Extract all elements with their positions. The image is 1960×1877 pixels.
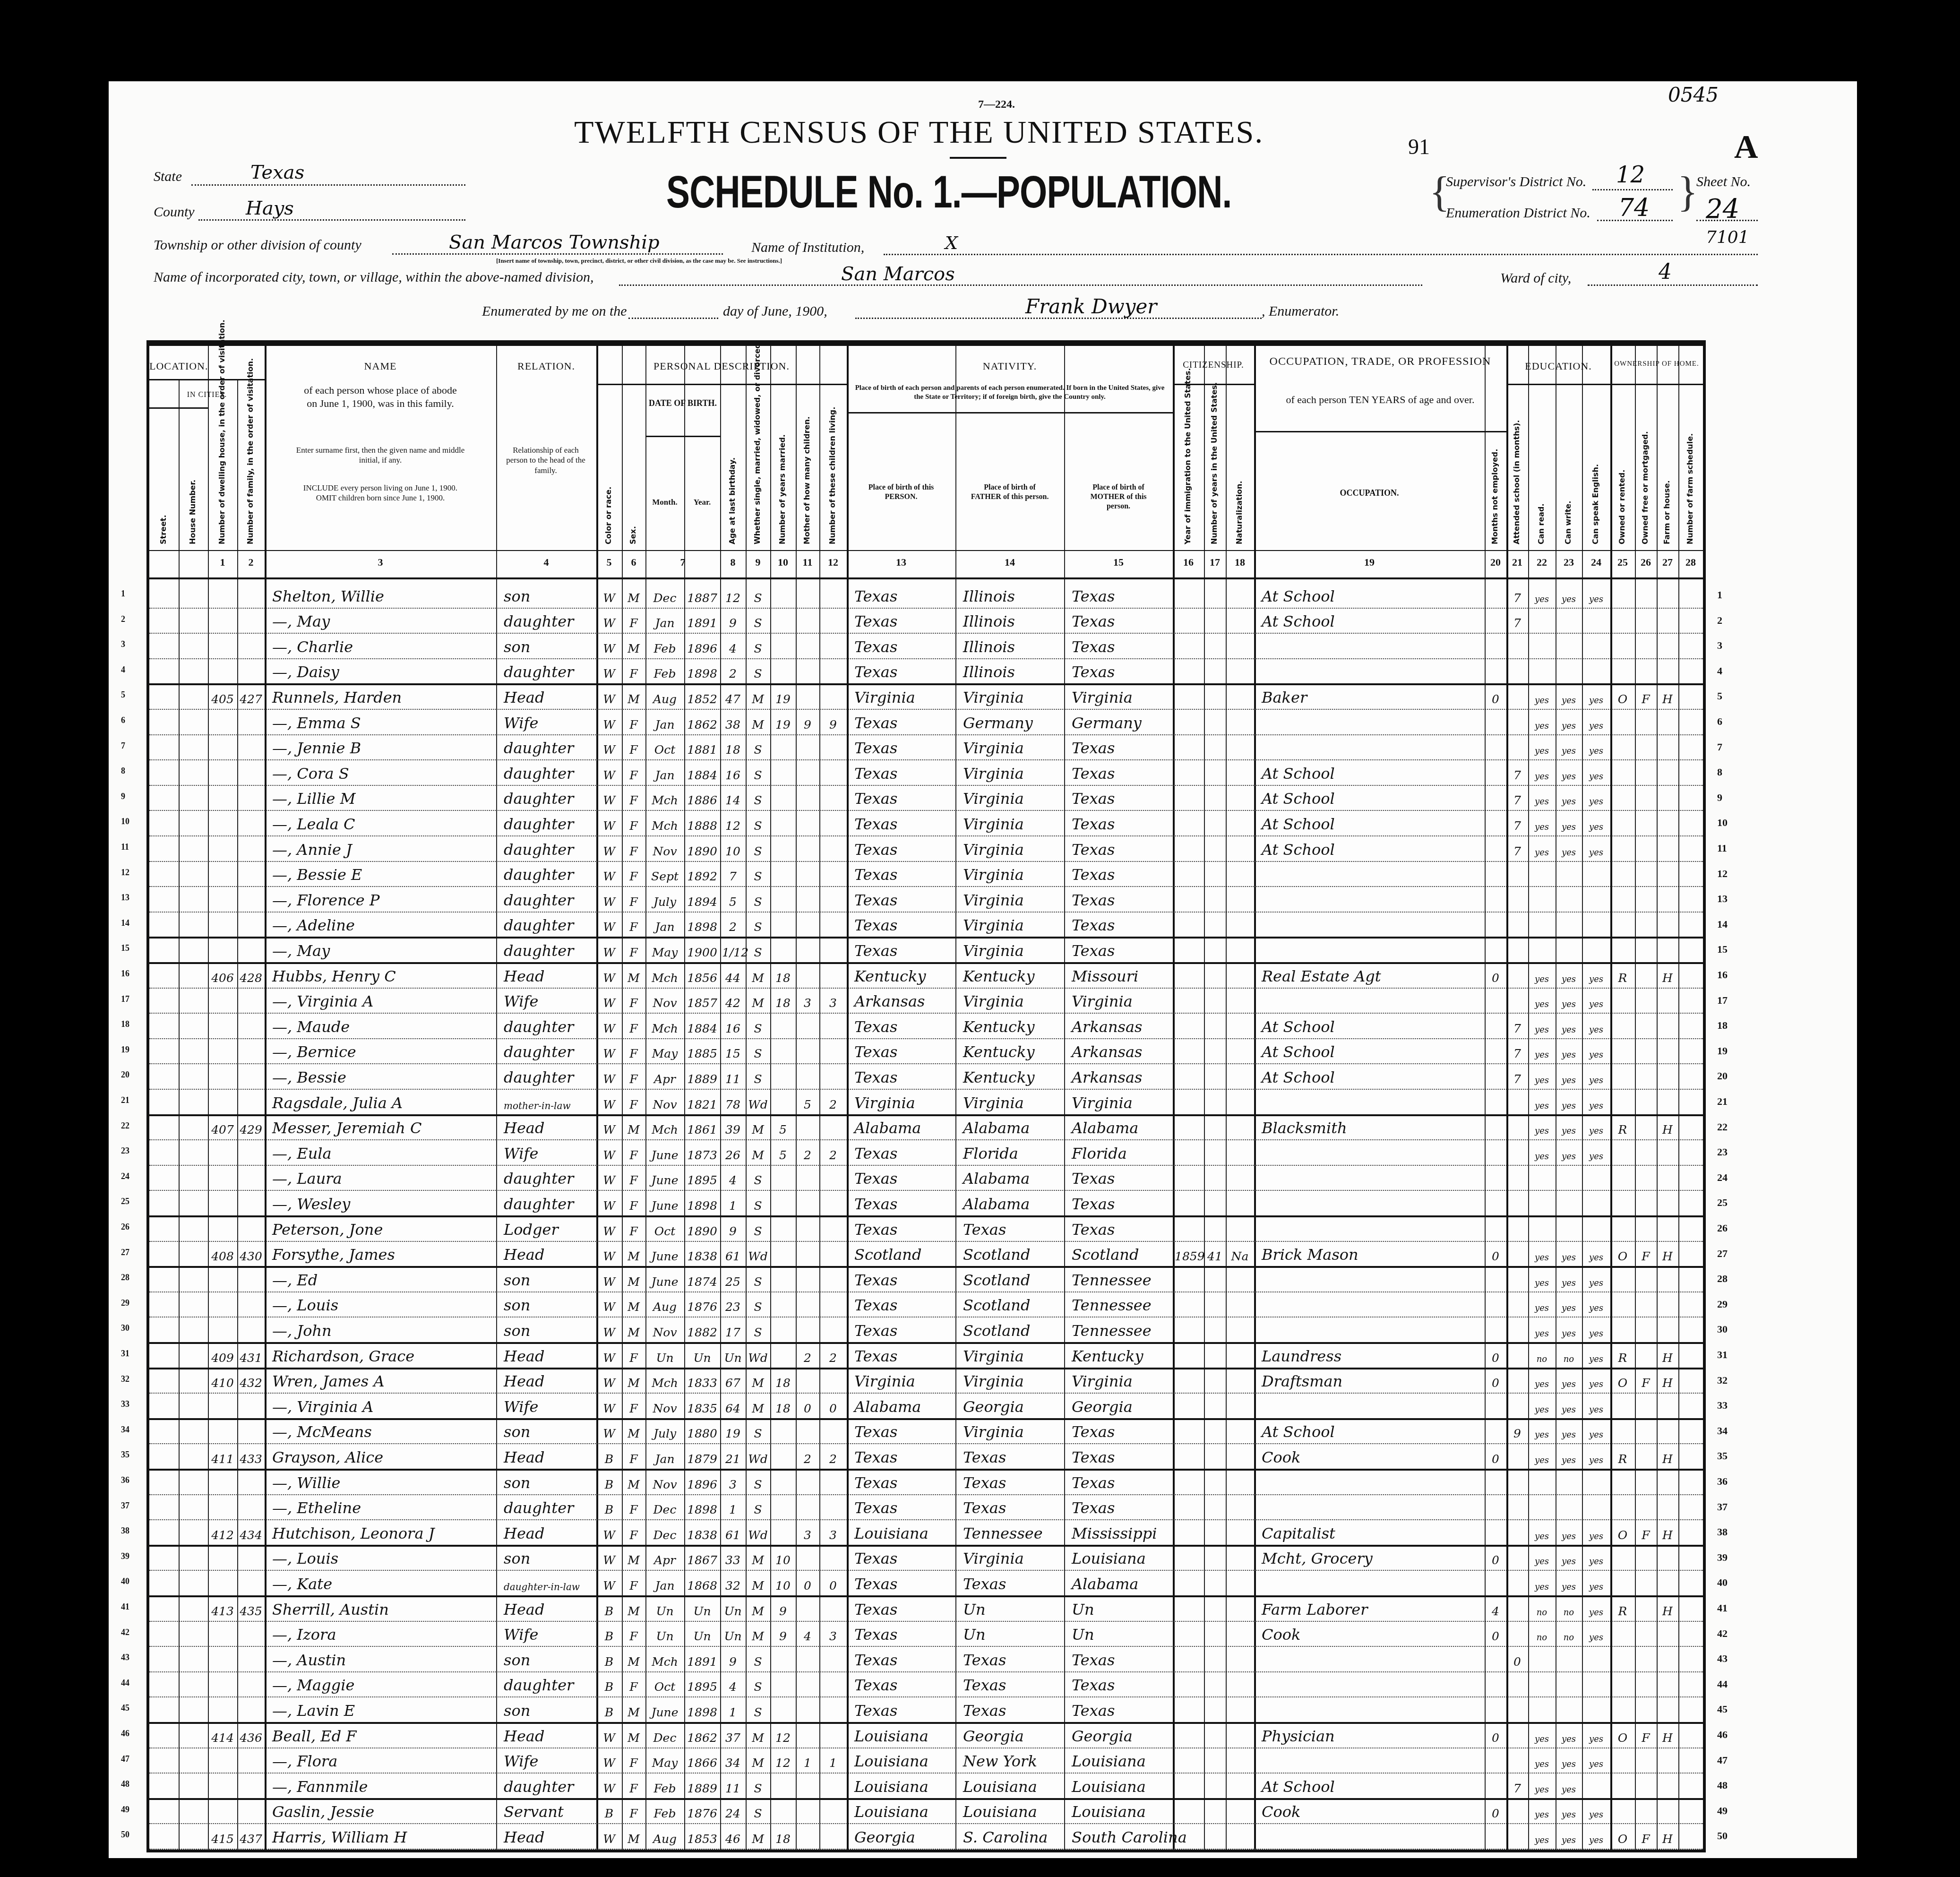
cell-sex: F — [624, 1757, 644, 1769]
cell-occ: Draftsman — [1262, 1374, 1342, 1389]
cell-wr: yes — [1557, 1076, 1580, 1085]
cell-month: Nov — [647, 1326, 682, 1338]
cell-sch: 7 — [1508, 845, 1526, 857]
cell-year: 1888 — [686, 820, 718, 832]
column-number: 19 — [1254, 556, 1485, 568]
row-number-left: 2 — [121, 614, 125, 624]
cell-bf: Texas — [963, 1450, 1006, 1465]
cell-year: 1898 — [686, 1706, 718, 1718]
cell-year: 1891 — [686, 617, 718, 629]
cell-color: B — [598, 1605, 620, 1617]
cell-rel: daughter — [504, 867, 574, 882]
column-number: 15 — [1064, 556, 1173, 568]
cell-moc: 3 — [798, 997, 817, 1009]
cell-year: 1892 — [686, 870, 718, 882]
rule — [1254, 431, 1506, 432]
cell-name: —, Maude — [272, 1019, 350, 1034]
cell-en: yes — [1584, 1051, 1608, 1059]
cell-wr: yes — [1557, 975, 1580, 984]
cell-bf: Virginia — [963, 1424, 1024, 1439]
cell-mar: M — [748, 1605, 768, 1617]
cell-en: yes — [1584, 1558, 1608, 1566]
cell-color: B — [598, 1656, 620, 1668]
cell-sex: F — [624, 1808, 644, 1819]
cell-bm: Louisiana — [1072, 1551, 1146, 1566]
header-nat: Naturalization. — [1235, 393, 1244, 544]
cell-name: —, Charlie — [272, 639, 353, 654]
cell-sex: F — [624, 1200, 644, 1212]
cell-rel: daughter — [504, 1044, 574, 1059]
table-row[interactable]: —, MaydaughterWFJan18919STexasIllinoisTe… — [149, 608, 1703, 633]
table-row[interactable]: —, AustinsonBMMch18919STexasTexasTexas0 — [149, 1646, 1703, 1671]
cell-name: —, Virginia A — [272, 1399, 373, 1414]
cell-rel: Servant — [504, 1804, 564, 1819]
cell-color: W — [598, 1377, 620, 1389]
cell-age: 23 — [722, 1301, 744, 1313]
cell-year: 1887 — [686, 592, 718, 604]
institution-field[interactable]: X — [945, 232, 958, 253]
table-row[interactable]: —, LouissonWMApr186733M10TexasVirginiaLo… — [149, 1545, 1703, 1570]
cell-name: —, Lillie M — [272, 791, 355, 806]
row-number: 43 — [1717, 1653, 1728, 1665]
cell-bf: Illinois — [963, 664, 1015, 680]
header-personal-description: PERSONAL DESCRIPTION. — [596, 360, 847, 372]
cell-bm: Virginia — [1072, 690, 1133, 705]
cell-cl: 2 — [821, 1149, 845, 1161]
cell-rel: Head — [504, 1729, 544, 1744]
cell-bf: Virginia — [963, 766, 1024, 781]
cell-wr: yes — [1557, 1406, 1580, 1414]
table-row[interactable]: —, WesleydaughterWFJune18981STexasAlabam… — [149, 1190, 1703, 1215]
cell-farm: H — [1659, 693, 1676, 705]
cell-occ: Farm Laborer — [1262, 1602, 1368, 1617]
table-row[interactable]: Gaslin, JessieServantBFFeb187624SLouisia… — [149, 1798, 1703, 1824]
cell-mar: S — [748, 1504, 768, 1515]
table-row[interactable]: —, Lillie MdaughterWFMch188614STexasVirg… — [149, 785, 1703, 810]
cell-moc: 5 — [798, 1099, 817, 1111]
cell-sex: F — [624, 997, 644, 1009]
cell-bf: Alabama — [963, 1197, 1030, 1212]
cell-bm: Texas — [1072, 740, 1115, 756]
cell-fam: 433 — [239, 1453, 263, 1465]
cell-year: 1889 — [686, 1782, 718, 1794]
cell-age: 1 — [722, 1504, 744, 1515]
cell-en: yes — [1584, 1609, 1608, 1617]
cell-mar: M — [748, 972, 768, 984]
cell-age: 11 — [722, 1782, 744, 1794]
row-number: 35 — [1717, 1450, 1728, 1462]
cell-moc: 2 — [798, 1453, 817, 1465]
row-number: 20 — [1717, 1070, 1728, 1082]
cell-color: W — [598, 592, 620, 604]
cell-occ: Real Estate Agt — [1262, 969, 1381, 984]
cell-year: 1838 — [686, 1250, 718, 1262]
cell-bm: Texas — [1072, 639, 1115, 654]
cell-wr: no — [1557, 1609, 1580, 1617]
cell-occ: At School — [1262, 1019, 1335, 1034]
cell-age: 4 — [722, 1681, 744, 1693]
row-number: 31 — [1717, 1349, 1728, 1361]
enumerator-signature[interactable]: Frank Dwyer — [1025, 295, 1157, 318]
cell-year: 1891 — [686, 1656, 718, 1668]
row-number-left: 31 — [121, 1349, 129, 1359]
cell-bf: New York — [963, 1754, 1037, 1769]
cell-name: —, Fannmile — [272, 1779, 368, 1794]
cell-bm: Texas — [1072, 1500, 1115, 1515]
table-row[interactable]: —, Cora SdaughterWFJan188416STexasVirgin… — [149, 759, 1703, 785]
cell-month: Un — [647, 1605, 682, 1617]
cell-bm: Texas — [1072, 893, 1115, 908]
table-row[interactable]: —, BernicedaughterWFMay188515STexasKentu… — [149, 1038, 1703, 1064]
cell-ym: 9 — [772, 1630, 794, 1642]
cell-en: yes — [1584, 798, 1608, 806]
cell-color: W — [598, 1124, 620, 1136]
birth-person-label: Place of birth of this PERSON. — [861, 483, 941, 502]
table-row[interactable]: —, Bessie EdaughterWFSept18927STexasVirg… — [149, 861, 1703, 887]
cell-occ: Baker — [1262, 690, 1307, 705]
table-row[interactable]: —, LouissonWMAug187623STexasScotlandTenn… — [149, 1292, 1703, 1317]
cell-sex: F — [624, 1023, 644, 1034]
cell-year: 1835 — [686, 1403, 718, 1414]
cell-fam: 437 — [239, 1833, 263, 1845]
cell-bp: Scotland — [854, 1247, 921, 1262]
cell-age: Un — [722, 1352, 744, 1364]
cell-occ: Cook — [1262, 1804, 1300, 1819]
cell-moc: 0 — [798, 1403, 817, 1414]
table-row[interactable]: —, Jennie BdaughterWFOct188118STexasVirg… — [149, 734, 1703, 760]
county-field[interactable]: Hays — [246, 198, 294, 219]
cell-rd: yes — [1530, 823, 1554, 832]
column-number: 7 — [645, 556, 720, 568]
table-row[interactable]: Peterson, JoneLodgerWFOct18909STexasTexa… — [149, 1215, 1703, 1241]
cell-mar: M — [748, 997, 768, 1009]
cell-mar: S — [748, 845, 768, 857]
cell-rel: daughter — [504, 1070, 574, 1085]
cell-rd: yes — [1530, 1533, 1554, 1541]
cell-sex: M — [624, 1605, 644, 1617]
table-row[interactable]: 412434Hutchison, Leonora JHeadWFDec18386… — [149, 1519, 1703, 1545]
cell-month: May — [647, 1048, 682, 1059]
cell-en: yes — [1584, 1811, 1608, 1819]
cell-rel: son — [504, 1298, 530, 1313]
cell-occ: At School — [1262, 614, 1335, 629]
row-number: 46 — [1717, 1729, 1728, 1741]
cell-bm: Texas — [1072, 664, 1115, 680]
cell-month: Nov — [647, 845, 682, 857]
cell-bm: Louisiana — [1072, 1804, 1146, 1819]
table-row[interactable]: —, CharliesonWMFeb18964STexasIllinoisTex… — [149, 633, 1703, 658]
table-row[interactable]: 408430Forsythe, JamesHeadWMJune183861WdS… — [149, 1241, 1703, 1266]
cell-name: Richardson, Grace — [272, 1349, 414, 1364]
table-row[interactable]: —, AdelinedaughterWFJan18982STexasVirgin… — [149, 912, 1703, 937]
table-row[interactable]: 406428Hubbs, Henry CHeadWMMch185644M18Ke… — [149, 962, 1703, 988]
cell-year: 1874 — [686, 1276, 718, 1288]
table-row[interactable]: —, Katedaughter-in-lawWFJan186832M1000Te… — [149, 1570, 1703, 1595]
table-row[interactable]: —, FloraWifeWFMay186634M1211LouisianaNew… — [149, 1748, 1703, 1773]
table-row[interactable]: 409431Richardson, GraceHeadWFUnUnUnWd22T… — [149, 1342, 1703, 1368]
cell-sex: M — [624, 1656, 644, 1668]
table-row[interactable]: —, DaisydaughterWFFeb18982STexasIllinois… — [149, 658, 1703, 684]
table-row[interactable]: —, Emma SWifeWFJan186238M1999TexasGerman… — [149, 709, 1703, 734]
table-row[interactable]: —, EdsonWMJune187425STexasScotlandTennes… — [149, 1266, 1703, 1292]
cell-bp: Texas — [854, 1475, 897, 1490]
cell-mar: S — [748, 1706, 768, 1718]
ward-label: Ward of city, — [1500, 270, 1571, 286]
cell-farm: H — [1659, 1377, 1676, 1389]
supervisor-district-field[interactable]: 12 — [1616, 162, 1645, 188]
cell-own: O — [1612, 1250, 1633, 1262]
cell-mar: M — [748, 1377, 768, 1389]
cell-rd: yes — [1530, 1380, 1554, 1389]
page-number: 91 — [1408, 134, 1430, 159]
cell-age: 25 — [722, 1276, 744, 1288]
cell-mar: S — [748, 643, 768, 654]
cell-fam: 435 — [239, 1605, 263, 1617]
cell-bf: Virginia — [963, 817, 1024, 832]
cell-year: Un — [686, 1352, 718, 1364]
cell-month: Feb — [647, 1808, 682, 1819]
table-row[interactable]: —, Lavin EsonBMJune18981STexasTexasTexas — [149, 1696, 1703, 1722]
cell-bm: Alabama — [1072, 1120, 1138, 1136]
cell-color: W — [598, 1757, 620, 1769]
table-row[interactable]: —, MaydaughterWFMay19001/12STexasVirgini… — [149, 937, 1703, 962]
cell-rel: son — [504, 1323, 530, 1338]
cell-wr: yes — [1557, 1000, 1580, 1009]
table-row[interactable]: —, FannmiledaughterWFFeb188911SLouisiana… — [149, 1773, 1703, 1798]
cell-bm: Kentucky — [1072, 1349, 1143, 1364]
row-number: 26 — [1717, 1222, 1728, 1234]
cell-age: Un — [722, 1630, 744, 1642]
header-rd: Can read. — [1537, 393, 1546, 544]
table-row[interactable]: —, MaggiedaughterBFOct18954STexasTexasTe… — [149, 1671, 1703, 1697]
township-field[interactable]: San Marcos Township — [449, 232, 660, 253]
table-row[interactable]: —, BessiedaughterWFApr188911STexasKentuc… — [149, 1063, 1703, 1089]
cell-bf: S. Carolina — [963, 1830, 1048, 1845]
state-field[interactable]: Texas — [250, 162, 304, 183]
cell-age: 1/12 — [722, 947, 744, 958]
cell-year: 1821 — [686, 1099, 718, 1111]
cell-bm: Louisiana — [1072, 1779, 1146, 1794]
cell-en: yes — [1584, 1026, 1608, 1034]
cell-age: 64 — [722, 1403, 744, 1414]
cell-sch: 7 — [1508, 820, 1526, 832]
cell-cl: 1 — [821, 1757, 845, 1769]
row-number-left: 30 — [121, 1323, 129, 1333]
column-number: 24 — [1582, 556, 1610, 568]
cell-age: 5 — [722, 896, 744, 908]
cell-own: O — [1612, 1377, 1633, 1389]
cell-mar: Wd — [748, 1352, 768, 1364]
table-row[interactable]: —, LauradaughterWFJune18954STexasAlabama… — [149, 1165, 1703, 1190]
cell-month: Dec — [647, 1732, 682, 1744]
cell-en: yes — [1584, 1153, 1608, 1161]
cell-rd: yes — [1530, 722, 1554, 731]
cell-rd: yes — [1530, 697, 1554, 705]
cell-wr: yes — [1557, 1102, 1580, 1111]
table-row[interactable]: Shelton, WilliesonWMDec188712STexasIllin… — [149, 582, 1703, 608]
cell-fam: 434 — [239, 1529, 263, 1541]
row-number-left: 20 — [121, 1070, 129, 1080]
cell-age: 3 — [722, 1479, 744, 1490]
cell-mar: S — [748, 947, 768, 958]
table-row[interactable]: 414436Beall, Ed FHeadWMDec186237M12Louis… — [149, 1722, 1703, 1748]
cell-sex: F — [624, 1681, 644, 1693]
cell-mar: M — [748, 1833, 768, 1845]
cell-name: —, Louis — [272, 1551, 338, 1566]
cell-rd: yes — [1530, 1786, 1554, 1794]
cell-en: yes — [1584, 1127, 1608, 1136]
cell-color: W — [598, 1326, 620, 1338]
ward-field[interactable]: 4 — [1659, 260, 1672, 284]
table-row[interactable]: —, McMeanssonWMJuly188019STexasVirginiaT… — [149, 1418, 1703, 1444]
row-number: 15 — [1717, 943, 1728, 956]
cell-rd: yes — [1530, 747, 1554, 756]
cell-bm: Texas — [1072, 791, 1115, 806]
cell-bf: Illinois — [963, 589, 1015, 604]
cell-rel: daughter-in-law — [504, 1582, 580, 1592]
enumerator-label: , Enumerator. — [1262, 303, 1339, 319]
cell-wr: yes — [1557, 773, 1580, 781]
cell-en: yes — [1584, 823, 1608, 832]
cell-bf: Virginia — [963, 893, 1024, 908]
enumeration-district-field[interactable]: 74 — [1618, 194, 1650, 222]
stamp-number: 0545 — [1668, 83, 1719, 107]
cell-wr: no — [1557, 1355, 1580, 1364]
table-row[interactable]: —, MaudedaughterWFMch188416STexasKentuck… — [149, 1013, 1703, 1038]
row-number-left: 41 — [121, 1602, 129, 1612]
cell-age: 21 — [722, 1453, 744, 1465]
cell-mar: S — [748, 820, 768, 832]
column-number: 6 — [622, 556, 645, 568]
table-row[interactable]: —, IzoraWifeBFUnUnUnM943TexasUnUnCook0no… — [149, 1621, 1703, 1646]
table-row[interactable]: —, Virginia AWifeWFNov183564M1800Alabama… — [149, 1393, 1703, 1418]
cell-bm: Texas — [1072, 1475, 1115, 1490]
city-field[interactable]: San Marcos — [841, 263, 955, 285]
table-row[interactable]: 405427Runnels, HardenHeadWMAug185247M19V… — [149, 683, 1703, 709]
cell-own: R — [1612, 1605, 1633, 1617]
cell-rd: yes — [1530, 1051, 1554, 1059]
cell-bm: Texas — [1072, 1653, 1115, 1668]
column-number: 11 — [796, 556, 819, 568]
cell-moc: 0 — [798, 1580, 817, 1592]
cell-bp: Louisiana — [854, 1754, 928, 1769]
cell-sex: F — [624, 1225, 644, 1237]
table-row[interactable]: —, Annie JdaughterWFNov189010STexasVirgi… — [149, 835, 1703, 861]
cell-bm: Florida — [1072, 1146, 1127, 1161]
table-row[interactable]: —, Leala CdaughterWFMch188812STexasVirgi… — [149, 810, 1703, 835]
cell-name: —, Leala C — [272, 817, 355, 832]
cell-bm: Texas — [1072, 867, 1115, 882]
cell-name: —, Flora — [272, 1754, 337, 1769]
table-row[interactable]: 413435Sherrill, AustinHeadBMUnUnUnM9Texa… — [149, 1595, 1703, 1621]
cell-name: —, Etheline — [272, 1500, 361, 1515]
table-row[interactable]: —, EthelinedaughterBFDec18981STexasTexas… — [149, 1494, 1703, 1520]
cell-bp: Texas — [854, 1653, 897, 1668]
cell-name: —, Louis — [272, 1298, 338, 1313]
cell-en: yes — [1584, 1533, 1608, 1541]
cell-sex: F — [624, 769, 644, 781]
cell-mar: S — [748, 1301, 768, 1313]
cell-bf: Virginia — [963, 918, 1024, 933]
table-row[interactable]: 415437Harris, William HHeadWMAug185346M1… — [149, 1823, 1703, 1849]
cell-en: yes — [1584, 1456, 1608, 1465]
cell-wr: yes — [1557, 1153, 1580, 1161]
cell-month: Oct — [647, 1681, 682, 1693]
cell-bm: Un — [1072, 1602, 1094, 1617]
cell-en: yes — [1584, 1760, 1608, 1769]
cell-name: —, Ed — [272, 1273, 318, 1288]
row-number-left: 23 — [121, 1146, 129, 1156]
row-number: 3 — [1717, 639, 1722, 652]
row-number-left: 42 — [121, 1627, 129, 1637]
table-row[interactable]: —, JohnsonWMNov188217STexasScotlandTenne… — [149, 1317, 1703, 1342]
cell-month: Apr — [647, 1073, 682, 1085]
cell-age: 34 — [722, 1757, 744, 1769]
cell-name: Hubbs, Henry C — [272, 969, 396, 984]
cell-rd: yes — [1530, 1558, 1554, 1566]
cell-farm: H — [1659, 972, 1676, 984]
table-row[interactable]: —, EulaWifeWFJune187326M522TexasFloridaF… — [149, 1139, 1703, 1165]
cell-occ: At School — [1262, 589, 1335, 604]
cell-wr: yes — [1557, 1127, 1580, 1136]
cell-bm: Un — [1072, 1627, 1094, 1642]
row-number: 39 — [1717, 1551, 1728, 1564]
cell-bp: Texas — [854, 1602, 897, 1617]
table-row[interactable]: Ragsdale, Julia Amother-in-lawWFNov18217… — [149, 1089, 1703, 1114]
cell-bf: Louisiana — [963, 1779, 1037, 1794]
cell-rd: yes — [1530, 1254, 1554, 1262]
cell-age: 47 — [722, 693, 744, 705]
cell-en: yes — [1584, 1355, 1608, 1364]
cell-cl: 3 — [821, 1529, 845, 1541]
cell-free: F — [1637, 1377, 1655, 1389]
cell-wr: yes — [1557, 1431, 1580, 1439]
header-color: Color or race. — [604, 393, 613, 544]
cell-occ: At School — [1262, 1424, 1335, 1439]
sheet-number-field[interactable]: 24 — [1706, 194, 1739, 224]
cell-bp: Louisiana — [854, 1526, 928, 1541]
cell-bm: Louisiana — [1072, 1754, 1146, 1769]
table-row[interactable]: —, Florence PdaughterWFJuly18945STexasVi… — [149, 886, 1703, 912]
cell-month: Mch — [647, 972, 682, 984]
cell-color: W — [598, 1023, 620, 1034]
cell-rd: yes — [1530, 798, 1554, 806]
cell-bp: Alabama — [854, 1399, 921, 1414]
table-row[interactable]: 410432Wren, James AHeadWMMch183367M18Vir… — [149, 1368, 1703, 1393]
row-number: 50 — [1717, 1830, 1728, 1842]
table-row[interactable]: —, Virginia AWifeWFNov185742M1833Arkansa… — [149, 988, 1703, 1013]
cell-mar: M — [748, 719, 768, 731]
row-number-left: 25 — [121, 1197, 129, 1206]
table-row[interactable]: 411433Grayson, AliceHeadBFJan187921Wd22T… — [149, 1443, 1703, 1469]
header-ym: Number of years married. — [778, 393, 787, 544]
cell-year: 1853 — [686, 1833, 718, 1845]
relation-description: Relationship of each person to the head … — [506, 445, 586, 475]
row-number-left: 13 — [121, 893, 129, 903]
cell-bp: Texas — [854, 1323, 897, 1338]
cell-bf: Virginia — [963, 1349, 1024, 1364]
cell-age: 4 — [722, 643, 744, 654]
table-row[interactable]: 407429Messer, Jeremiah CHeadWMMch186139M… — [149, 1114, 1703, 1140]
table-row[interactable]: —, WilliesonBMNov18963STexasTexasTexas — [149, 1469, 1703, 1494]
cell-rel: Head — [504, 1349, 544, 1364]
cell-mar: M — [748, 1554, 768, 1566]
cell-cl: 3 — [821, 997, 845, 1009]
row-number-left: 38 — [121, 1526, 129, 1536]
header-street: Street. — [159, 417, 168, 544]
cell-bm: Tennessee — [1072, 1298, 1152, 1313]
cell-month: Dec — [647, 1529, 682, 1541]
